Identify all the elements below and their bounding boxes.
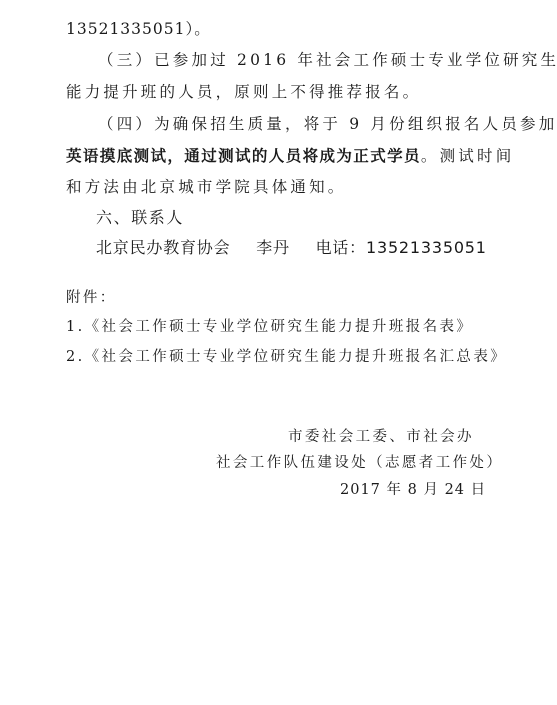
emphasis-text: 英语摸底测试，通过测试的人员将成为正式学员 bbox=[66, 147, 421, 165]
signature-org-line-2: 社会工作队伍建设处（志愿者工作处） bbox=[216, 453, 503, 473]
paragraph-4-line-2: 英语摸底测试，通过测试的人员将成为正式学员。测试时间 bbox=[66, 146, 514, 166]
paragraph-4-line-2-rest: 。测试时间 bbox=[421, 147, 515, 165]
paragraph-4-line-1: （四）为确保招生质量，将于 9 月份组织报名人员参加 bbox=[98, 114, 557, 134]
contact-name: 李丹 bbox=[256, 238, 290, 257]
paragraph-3-line-2: 能力提升班的人员，原则上不得推荐报名。 bbox=[66, 82, 421, 102]
contact-line: 北京民办教育协会 李丹 电话：13521335051 bbox=[96, 238, 487, 258]
paragraph-3-line-1: （三）已参加过 2016 年社会工作硕士专业学位研究生 bbox=[98, 50, 557, 70]
section-heading-contact: 六、联系人 bbox=[96, 208, 184, 228]
attachment-item-1: 1.《社会工作硕士专业学位研究生能力提升班报名表》 bbox=[66, 317, 473, 337]
signature-org-line-1: 市委社会工委、市社会办 bbox=[288, 427, 474, 447]
attachment-item-2: 2.《社会工作硕士专业学位研究生能力提升班报名汇总表》 bbox=[66, 347, 507, 367]
contact-org: 北京民办教育协会 bbox=[96, 238, 230, 257]
contact-phone: 电话：13521335051 bbox=[316, 238, 487, 257]
attachments-label: 附件： bbox=[66, 288, 117, 308]
paragraph-4-line-3: 和方法由北京城市学院具体通知。 bbox=[66, 177, 347, 197]
paragraph-phone-end: 13521335051）。 bbox=[66, 19, 211, 39]
signature-date: 2017 年 8 月 24 日 bbox=[340, 480, 486, 500]
